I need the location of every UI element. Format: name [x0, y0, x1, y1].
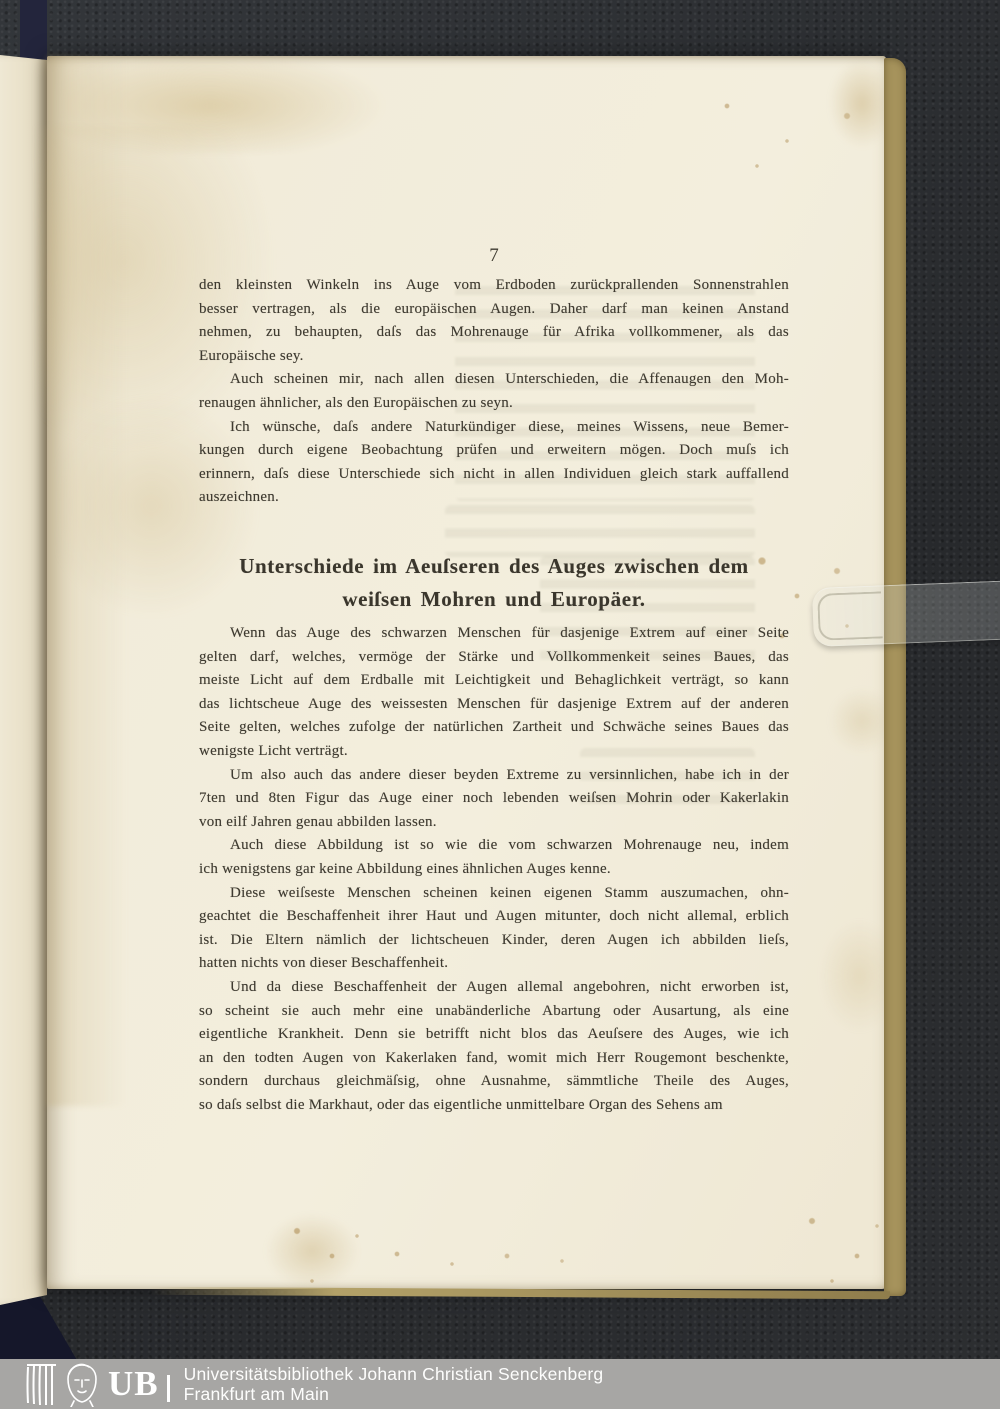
stain: [47, 56, 127, 1106]
text-line: nehmen, zu behaupten, daſs das Mohrenaug…: [199, 321, 789, 345]
book-page: 7 den kleinsten Winkeln ins Auge vom Erd…: [47, 56, 886, 1289]
text-line: eigentliche Krankheit. Denn sie betrifft…: [199, 1023, 789, 1047]
book-stack-icon: [26, 1363, 58, 1405]
text-line: das lichtscheue Auge des weissesten Mens…: [199, 693, 789, 717]
text-line: wenigste Licht verträgt.: [199, 740, 789, 764]
text-line: Diese weiſseste Menschen scheinen keinen…: [199, 882, 789, 906]
text-line: ist. Die Eltern nämlich der lichtscheuen…: [199, 929, 789, 953]
text-line: 7ten und 8ten Figur das Auge einer noch …: [199, 787, 789, 811]
left-page-edge: [0, 55, 47, 1305]
text-line: renaugen ähnlicher, als den Europäischen…: [199, 392, 789, 416]
text-line: von eilf Jahren genau abbilden lassen.: [199, 811, 789, 835]
text-line: ich wenigstens gar keine Abbildung eines…: [199, 858, 789, 882]
text-line: geachtet die Beschaffenheit ihrer Haut u…: [199, 905, 789, 929]
section-heading-line: weiſsen Mohren und Europäer.: [199, 583, 789, 616]
page-block-fore-edge: [884, 58, 906, 1296]
text-line: so scheint sie auch mehr eine unabänderl…: [199, 1000, 789, 1024]
text-line: Europäische sey.: [199, 345, 789, 369]
text-line: Seite gelten, welches zufolge der natürl…: [199, 716, 789, 740]
stain: [62, 48, 392, 153]
foxing-spots: [272, 1206, 382, 1296]
text-line: Ich wünsche, daſs andere Naturkündiger d…: [199, 416, 789, 440]
library-logo: UB: [26, 1362, 170, 1406]
text-line: Auch scheinen mir, nach allen diesen Unt…: [199, 368, 789, 392]
ub-logo-text: UB: [108, 1362, 159, 1406]
foxing-spots: [377, 1236, 597, 1281]
text-line: an den todten Augen von Kakerlaken fand,…: [199, 1047, 789, 1071]
text-line: meiste Licht auf dem Erdballe mit Leicht…: [199, 669, 789, 693]
body-text-main: Wenn das Auge des schwarzen Menschen für…: [199, 622, 789, 1117]
text-line: den kleinsten Winkeln ins Auge vom Erdbo…: [199, 274, 789, 298]
section-heading: Unterschiede im Aeuſseren des Auges zwis…: [199, 550, 789, 616]
goethe-portrait-icon: [58, 1361, 106, 1407]
text-line: Auch diese Abbildung ist so wie die vom …: [199, 834, 789, 858]
foxing-spots: [787, 1196, 897, 1296]
library-banner: UB Universitätsbibliothek Johann Christi…: [0, 1359, 1000, 1409]
page-number: 7: [199, 245, 789, 267]
foxing-spots: [697, 86, 887, 181]
book-spine: [20, 0, 47, 60]
text-line: Um also auch das andere dieser beyden Ex…: [199, 764, 789, 788]
text-line: Wenn das Auge des schwarzen Menschen für…: [199, 622, 789, 646]
page-holder-strip: [812, 580, 1000, 647]
text-line: auszeichnen.: [199, 486, 789, 510]
book-scan: 7 den kleinsten Winkeln ins Auge vom Erd…: [0, 0, 1000, 1409]
text-line: gelten darf, welches, vermöge der Stärke…: [199, 646, 789, 670]
library-location: Frankfurt am Main: [184, 1384, 604, 1405]
library-institution: Universitätsbibliothek Johann Christian …: [184, 1364, 604, 1385]
library-name: Universitätsbibliothek Johann Christian …: [184, 1364, 604, 1405]
text-line: Und da diese Beschaffenheit der Augen al…: [199, 976, 789, 1000]
logo-divider: [167, 1375, 170, 1402]
stain: [262, 1211, 362, 1291]
body-text-top: den kleinsten Winkeln ins Auge vom Erdbo…: [199, 274, 789, 510]
text-line: so daſs selbst die Markhaut, oder das ei…: [199, 1094, 789, 1118]
text-line: erinnern, daſs diese Unterschiede sich n…: [199, 463, 789, 487]
text-line: kungen durch eigene Beobachtung prüfen u…: [199, 439, 789, 463]
text-line: besser vertragen, als die europäischen A…: [199, 298, 789, 322]
text-line: hatten nichts von dieser Beschaffenheit.: [199, 952, 789, 976]
section-heading-line: Unterschiede im Aeuſseren des Auges zwis…: [199, 550, 789, 583]
text-line: sondern durchaus gleichmäſsig, ohne Ausn…: [199, 1070, 789, 1094]
